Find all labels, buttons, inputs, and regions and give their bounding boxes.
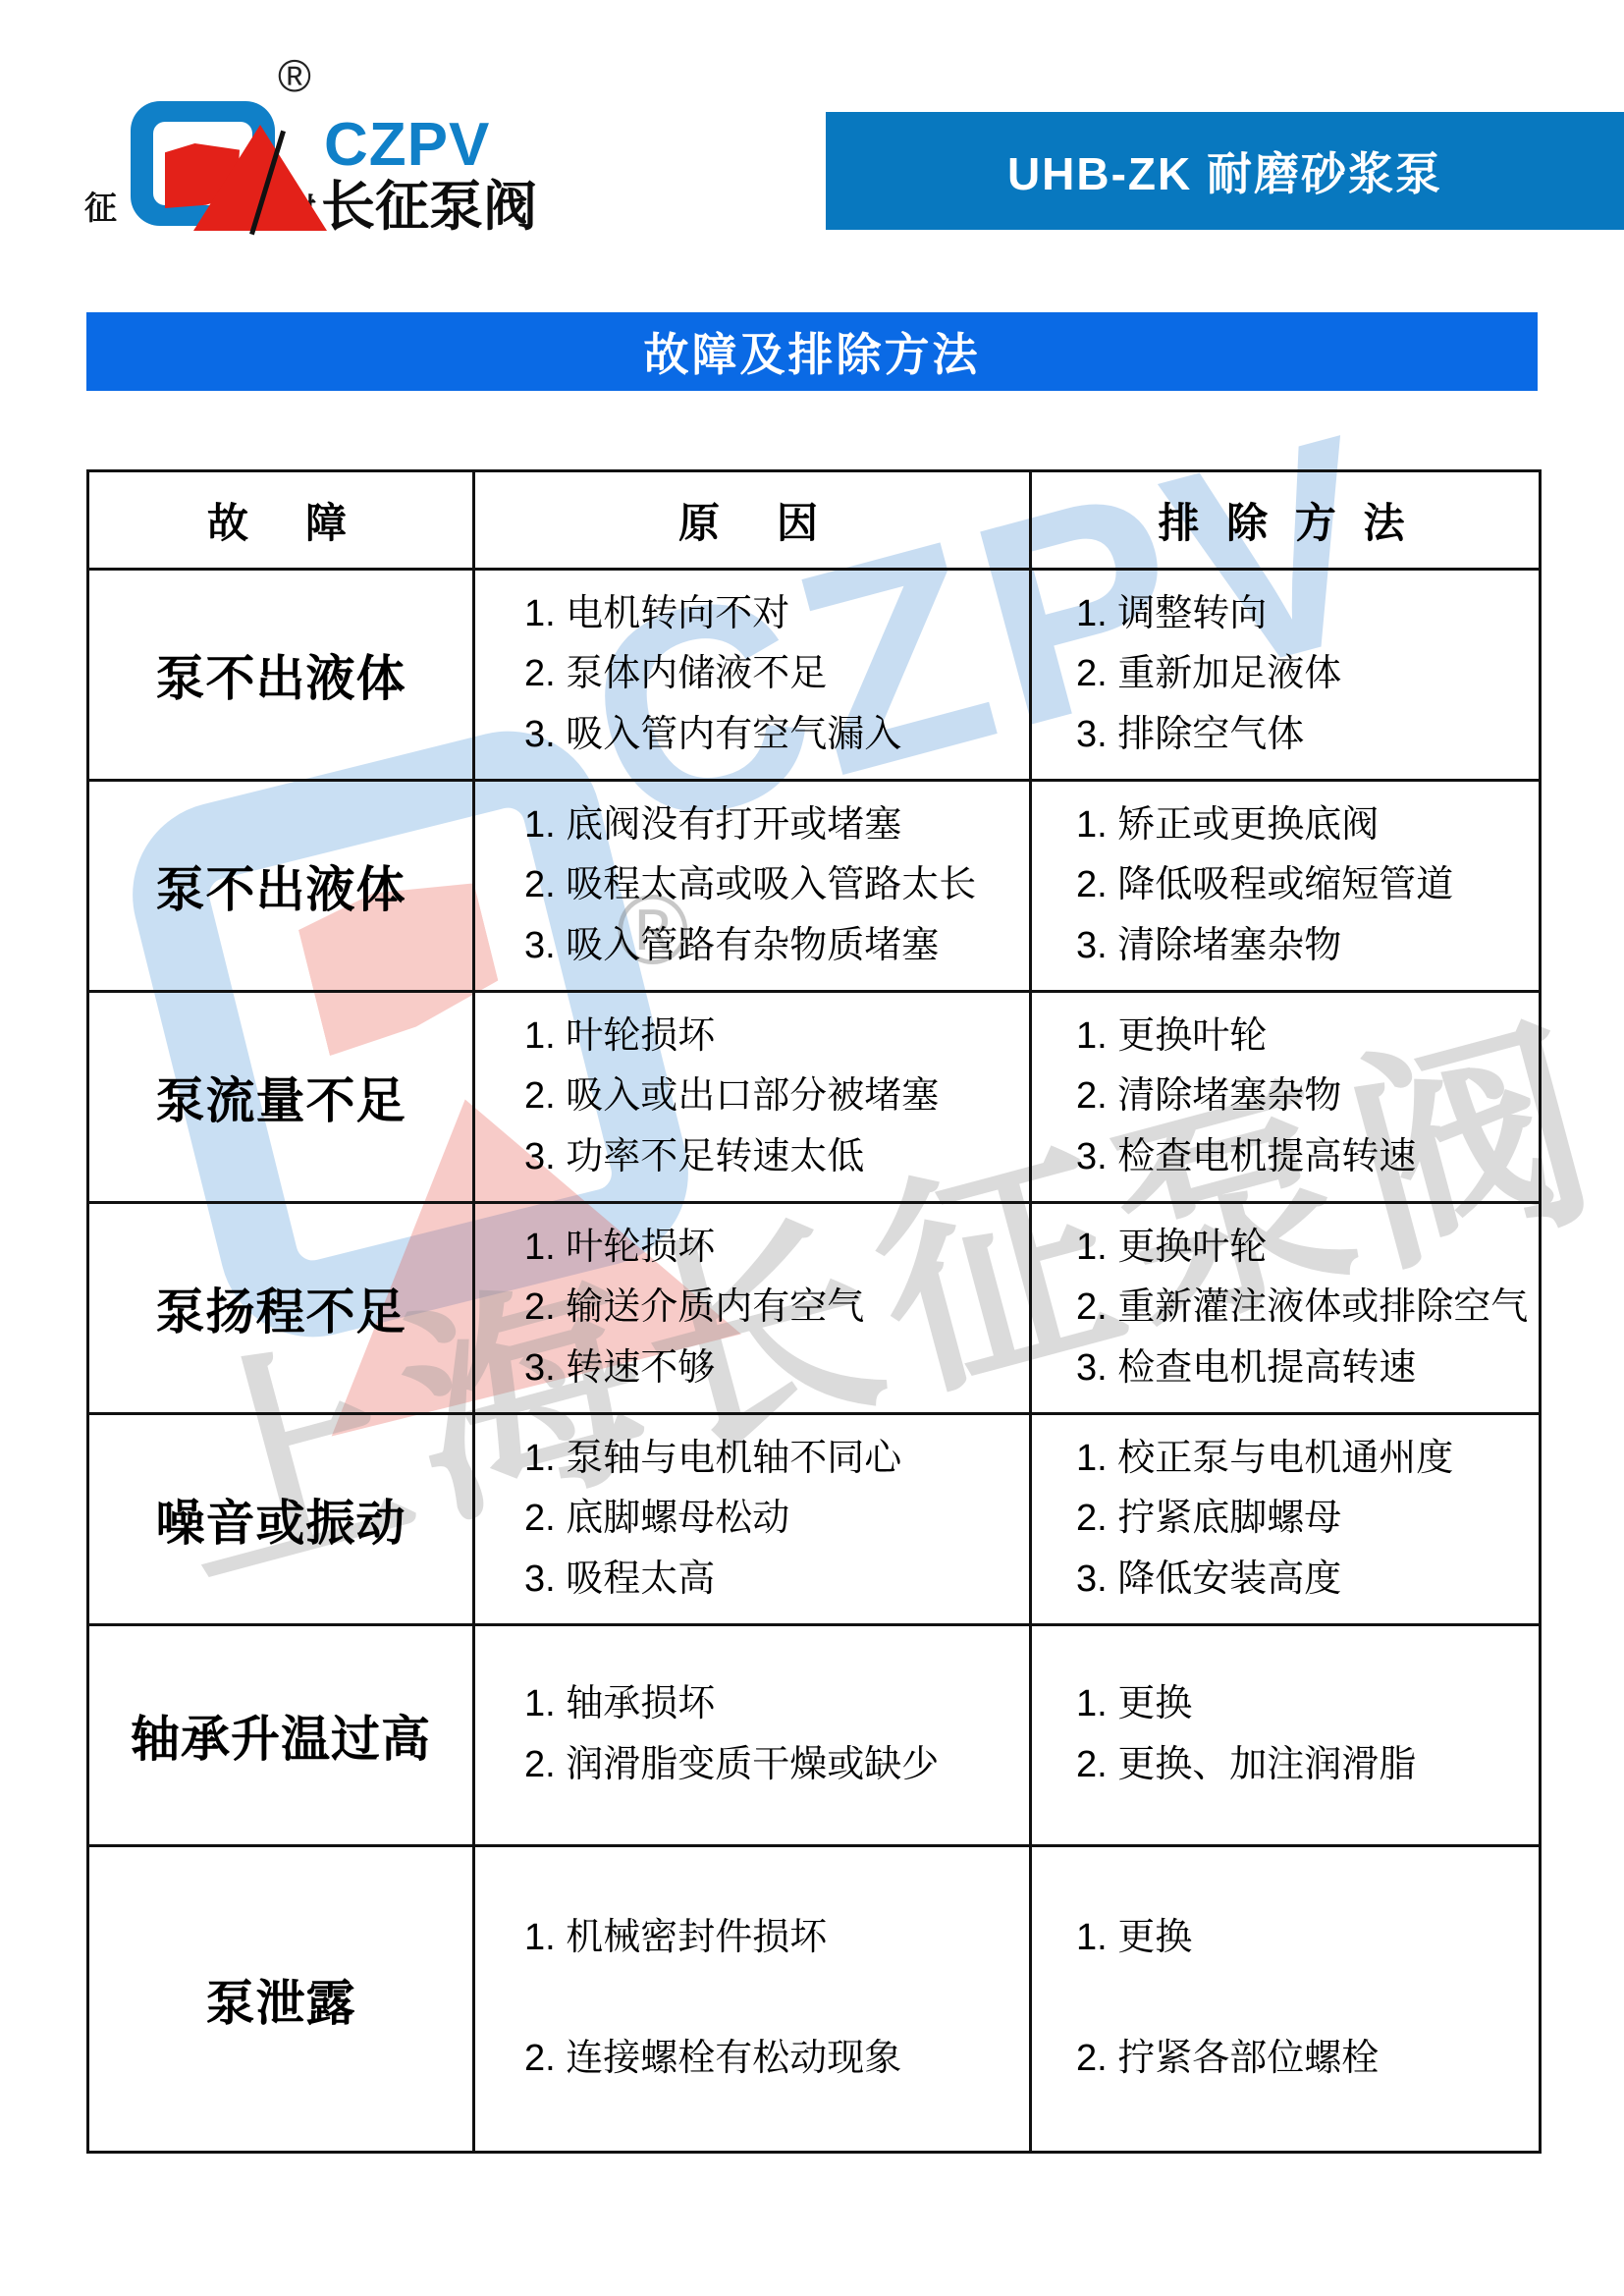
cause-cell: 1. 底阀没有打开或堵塞 2. 吸程太高或吸入管路太长 3. 吸入管路有杂物质堵… — [474, 781, 1031, 992]
table-row: 泵不出液体1. 电机转向不对 2. 泵体内储液不足 3. 吸入管内有空气漏入1.… — [88, 570, 1541, 781]
product-title-bar: UHB-ZK 耐磨砂浆泵 — [826, 112, 1624, 230]
column-header-cause: 原 因 — [474, 471, 1031, 570]
fault-cell: 泵流量不足 — [88, 992, 474, 1203]
fault-cell: 泵不出液体 — [88, 781, 474, 992]
registered-trademark-icon: ® — [278, 49, 311, 102]
remedy-cell: 1. 校正泵与电机通州度 2. 拧紧底脚螺母 3. 降低安装高度 — [1031, 1414, 1541, 1625]
remedy-cell: 1. 调整转向 2. 重新加足液体 3. 排除空气体 — [1031, 570, 1541, 781]
cause-cell: 1. 电机转向不对 2. 泵体内储液不足 3. 吸入管内有空气漏入 — [474, 570, 1031, 781]
section-title-bar: 故障及排除方法 — [86, 312, 1538, 391]
table-row: 轴承升温过高1. 轴承损坏 2. 润滑脂变质干燥或缺少1. 更换 2. 更换、加… — [88, 1625, 1541, 1846]
column-header-fault: 故 障 — [88, 471, 474, 570]
table-row: 泵流量不足1. 叶轮损坏 2. 吸入或出口部分被堵塞 3. 功率不足转速太低1.… — [88, 992, 1541, 1203]
table-row: 泵泄露1. 机械密封件损坏 2. 连接螺栓有松动现象1. 更换 2. 拧紧各部位… — [88, 1846, 1541, 2153]
cause-cell: 1. 机械密封件损坏 2. 连接螺栓有松动现象 — [474, 1846, 1031, 2153]
manual-page: ® CZPV 上海长征泵阀 ® 征 耐 CZPV 长征泵阀 UHB-ZK 耐磨砂… — [0, 0, 1624, 2296]
remedy-cell: 1. 更换 2. 拧紧各部位螺栓 — [1031, 1846, 1541, 2153]
remedy-cell: 1. 更换叶轮 2. 清除堵塞杂物 3. 检查电机提高转速 — [1031, 992, 1541, 1203]
troubleshooting-table: 故 障 原 因 排 除 方 法 泵不出液体1. 电机转向不对 2. 泵体内储液不… — [86, 469, 1542, 2154]
fault-cell: 轴承升温过高 — [88, 1625, 474, 1846]
section-title: 故障及排除方法 — [644, 319, 981, 384]
fault-cell: 泵不出液体 — [88, 570, 474, 781]
table-header: 故 障 原 因 排 除 方 法 — [88, 471, 1541, 570]
brand-name-chinese: 长征泵阀 — [321, 163, 537, 241]
column-header-remedy: 排 除 方 法 — [1031, 471, 1541, 570]
fault-cell: 噪音或振动 — [88, 1414, 474, 1625]
table-row: 噪音或振动1. 泵轴与电机轴不同心 2. 底脚螺母松动 3. 吸程太高1. 校正… — [88, 1414, 1541, 1625]
remedy-cell: 1. 矫正或更换底阀 2. 降低吸程或缩短管道 3. 清除堵塞杂物 — [1031, 781, 1541, 992]
table-body: 泵不出液体1. 电机转向不对 2. 泵体内储液不足 3. 吸入管内有空气漏入1.… — [88, 570, 1541, 2153]
product-title: UHB-ZK 耐磨砂浆泵 — [1007, 138, 1442, 203]
table-row: 泵不出液体1. 底阀没有打开或堵塞 2. 吸程太高或吸入管路太长 3. 吸入管路… — [88, 781, 1541, 992]
cause-cell: 1. 叶轮损坏 2. 输送介质内有空气 3. 转速不够 — [474, 1203, 1031, 1414]
header-row: 故 障 原 因 排 除 方 法 — [88, 471, 1541, 570]
fault-cell: 泵扬程不足 — [88, 1203, 474, 1414]
cause-cell: 1. 泵轴与电机轴不同心 2. 底脚螺母松动 3. 吸程太高 — [474, 1414, 1031, 1625]
remedy-cell: 1. 更换 2. 更换、加注润滑脂 — [1031, 1625, 1541, 1846]
table-row: 泵扬程不足1. 叶轮损坏 2. 输送介质内有空气 3. 转速不够1. 更换叶轮 … — [88, 1203, 1541, 1414]
cause-cell: 1. 轴承损坏 2. 润滑脂变质干燥或缺少 — [474, 1625, 1031, 1846]
logo-seal-left: 征 — [84, 183, 117, 229]
fault-cell: 泵泄露 — [88, 1846, 474, 2153]
remedy-cell: 1. 更换叶轮 2. 重新灌注液体或排除空气 3. 检查电机提高转速 — [1031, 1203, 1541, 1414]
cause-cell: 1. 叶轮损坏 2. 吸入或出口部分被堵塞 3. 功率不足转速太低 — [474, 992, 1031, 1203]
